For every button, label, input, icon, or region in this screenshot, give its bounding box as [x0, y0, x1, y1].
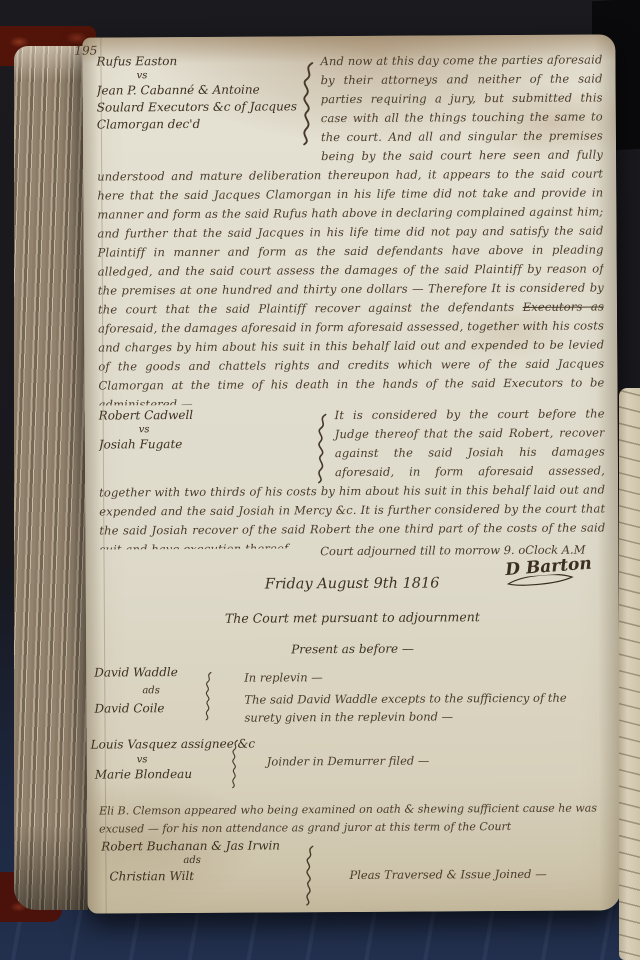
party2-name: Marie Blondeau: [95, 767, 192, 782]
party1-name: Louis Vasquez assignee &c: [91, 737, 255, 752]
defendant-name: Josiah Fugate: [99, 435, 327, 453]
grand-juror-excuse-note: Eli B. Clemson appeared who being examin…: [99, 799, 601, 838]
party1-name: David Waddle: [94, 665, 178, 680]
manuscript-page: 195 Rufus Easton vs Jean P. Cabanné & An…: [82, 34, 620, 913]
court-entry-easton-v-clamorgan-executors: Rufus Easton vs Jean P. Cabanné & Antoin…: [96, 50, 604, 405]
court-met-line: The Court met pursuant to adjournment: [86, 608, 619, 626]
adjacent-page-edge: [619, 388, 640, 960]
versus-label: vs: [137, 754, 148, 765]
entry-text: The said David Waddle excepts to the suf…: [244, 689, 592, 727]
court-entry-cadwell-v-fugate: Robert Cadwell vs Josiah Fugate It is co…: [99, 404, 606, 549]
book-page-edges: [14, 46, 88, 910]
defendant-name-line1: Jean P. Cabanné & Antoine: [97, 81, 313, 99]
session-date-heading: Friday August 9th 1816: [86, 574, 619, 593]
ads-label: ads: [142, 685, 160, 696]
photo-scene: 195 Rufus Easton vs Jean P. Cabanné & An…: [0, 0, 640, 960]
present-line: Present as before —: [86, 640, 619, 657]
ads-label: ads: [183, 855, 201, 866]
struck-text: Executors as: [523, 299, 604, 313]
page-number: 195: [74, 44, 97, 58]
court-entry-buchanan-irwin-ads-wilt: Robert Buchanan & Jas Irwin ads Christia…: [99, 836, 605, 909]
plaintiff-name: Rufus Easton: [96, 52, 312, 70]
case-caption: Robert Cadwell vs Josiah Fugate: [99, 406, 335, 467]
entry-text: Joinder in Demurrer filed —: [267, 752, 430, 771]
court-entry-waddle-ads-coile: David Waddle ads David Coile In replevin…: [94, 662, 604, 741]
case-caption: Rufus Easton vs Jean P. Cabanné & Antoin…: [96, 52, 321, 153]
party2-name: Christian Wilt: [109, 869, 194, 884]
adjournment-line: Court adjourned till to morrow 9. oClock…: [85, 543, 585, 560]
judgment-text-part-b: aforesaid, the damages aforesaid in form…: [98, 318, 604, 405]
entry-text: Pleas Traversed & Issue Joined —: [349, 865, 546, 884]
entry-heading: In replevin —: [244, 668, 323, 686]
defendant-name-line3: Clamorgan dec'd: [97, 115, 313, 133]
case-brace-icon: [297, 844, 321, 906]
party2-name: David Coile: [94, 701, 164, 715]
case-brace-icon: [198, 671, 218, 721]
party1-name: Robert Buchanan & Jas Irwin: [101, 838, 280, 853]
defendant-name-line2: Soulard Executors &c of Jacques: [97, 98, 313, 116]
court-entry-vasquez-v-blondeau: Louis Vasquez assignee &c vs Marie Blond…: [91, 734, 601, 793]
plaintiff-name: Robert Cadwell: [99, 406, 327, 424]
